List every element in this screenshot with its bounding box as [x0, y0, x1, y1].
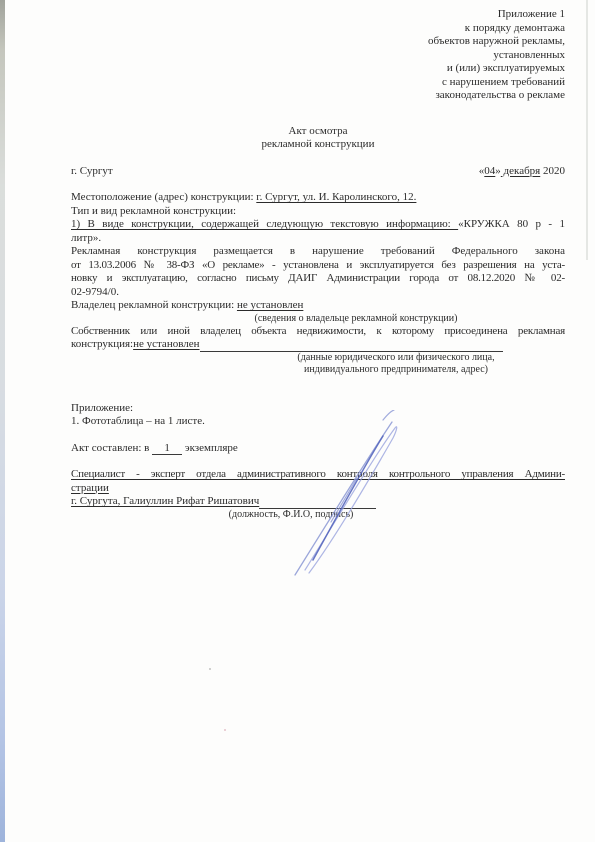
violation-line: 02-9794/0. [71, 286, 565, 300]
scan-speck [224, 729, 226, 731]
dateline: г. Сургут «04» декабря 2020 [71, 165, 565, 179]
handwritten-signature [285, 410, 410, 580]
document-title: Акт осмотра рекламной конструкции [71, 125, 565, 152]
scan-edge-artifact-right [586, 0, 588, 260]
property-line-1: Собственник или иной владелец объекта не… [71, 325, 565, 339]
header-line: объектов наружной рекламы, [71, 35, 565, 49]
copies-count-blank: 1 [152, 442, 182, 455]
property-caption-1: (данные юридического или физического лиц… [251, 352, 541, 364]
title-line-1: Акт осмотра [71, 125, 565, 139]
header-line: законодательства о рекламе [71, 89, 565, 103]
blank-rule [200, 340, 503, 352]
violation-line: от 13.03.2006 № 38-ФЗ «О рекламе» - уста… [71, 259, 565, 273]
violation-line: Рекламная конструкция размещается в нару… [71, 245, 565, 259]
header-right-block: Приложение 1 к порядку демонтажа объекто… [71, 8, 565, 103]
owner-line: Владелец рекламной конструкции: не устан… [71, 299, 565, 313]
violation-line: новку и эксплуатацию, согласно письму ДА… [71, 272, 565, 286]
header-line: с нарушением требований [71, 76, 565, 90]
type-item-line: 1) В виде конструкции, содержащей следую… [71, 218, 565, 232]
header-line: установленных [71, 49, 565, 63]
property-line-2: конструкция: не установлен [71, 338, 565, 352]
scan-speck [209, 668, 211, 670]
owner-caption: (сведения о владельце рекламной конструк… [206, 313, 506, 325]
city-label: г. Сургут [71, 165, 113, 179]
property-caption-2: индивидуального предпринимателя, адрес) [251, 364, 541, 376]
type-item-continuation: литр». [71, 232, 565, 246]
scan-edge-artifact-left [0, 0, 5, 842]
type-label-line: Тип и вид рекламной конструкции: [71, 205, 565, 219]
location-line: Местоположение (адрес) конструкции: г. С… [71, 191, 565, 205]
header-line: Приложение 1 [71, 8, 565, 22]
date-value: «04» декабря 2020 [479, 165, 565, 179]
header-line: к порядку демонтажа [71, 22, 565, 36]
header-line: и (или) эксплуатируемых [71, 62, 565, 76]
title-line-2: рекламной конструкции [71, 138, 565, 152]
